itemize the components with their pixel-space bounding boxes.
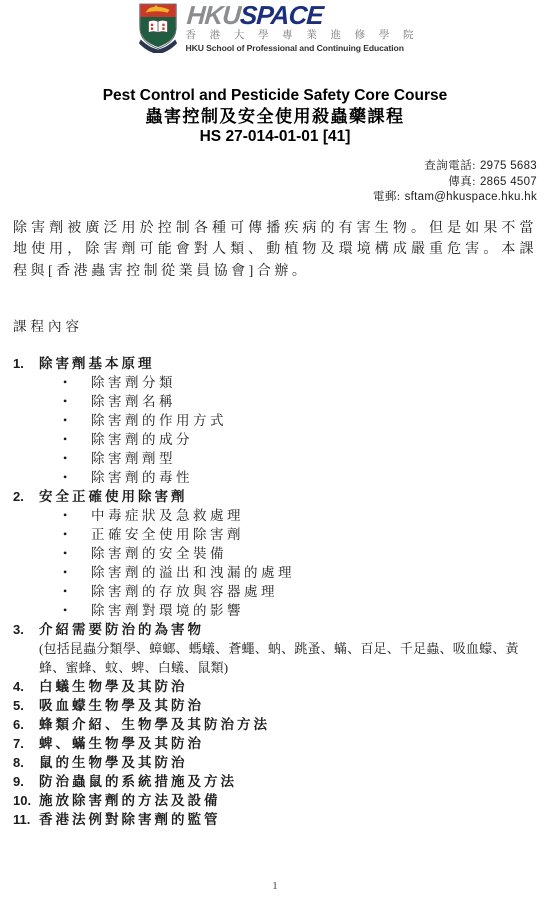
bullet-text: 除害劑的成分: [91, 430, 193, 449]
outline-number: 3.: [13, 620, 39, 639]
outline-item: 2.安全正確使用除害劑•中毒症狀及急救處理•正確安全使用除害劑•除害劑的安全裝備…: [13, 487, 537, 620]
outline-item-body: 白蟻生物學及其防治: [39, 677, 537, 696]
fax-label: 傳真:: [448, 176, 476, 188]
intro-paragraph: 除害劑被廣泛用於控制各種可傳播疾病的有害生物。但是如果不當地使用，除害劑可能會對…: [13, 218, 537, 283]
outline-item-title: 防治蟲鼠的系統措施及方法: [39, 772, 537, 791]
bullet-text: 除害劑劑型: [91, 449, 176, 468]
bullet-text: 除害劑的存放與容器處理: [91, 582, 278, 601]
outline-item-title: 蜱、蟎生物學及其防治: [39, 734, 537, 753]
outline-number: 10.: [13, 791, 39, 810]
bullet-text: 除害劑對環境的影響: [91, 601, 244, 620]
bullet-item: •除害劑的溢出和洩漏的處理: [39, 563, 537, 582]
logo-hku-text: HKU: [185, 0, 240, 30]
bullet-item: •正確安全使用除害劑: [39, 525, 537, 544]
logo-english-name: HKU School of Professional and Continuin…: [186, 43, 414, 53]
outline-item-title: 除害劑基本原理: [39, 354, 537, 373]
outline-item-body: 蜱、蟎生物學及其防治: [39, 734, 537, 753]
course-outline: 1.除害劑基本原理•除害劑分類•除害劑名稱•除害劑的作用方式•除害劑的成分•除害…: [13, 354, 537, 829]
bullet-text: 除害劑分類: [91, 373, 176, 392]
bullet-item: •除害劑的存放與容器處理: [39, 582, 537, 601]
outline-number: 8.: [13, 753, 39, 772]
logo-space-text: SPACE: [239, 0, 324, 30]
bullet-icon: •: [63, 373, 91, 392]
logo-wordmark: HKUSPACE: [186, 4, 416, 27]
bullet-text: 正確安全使用除害劑: [91, 525, 244, 544]
outline-item: 3.介紹需要防治的為害物(包括昆蟲分類學、蟑螂、螞蟻、蒼蠅、蚋、跳蚤、蟎、百足、…: [13, 620, 537, 677]
outline-item-title: 香港法例對除害劑的監管: [39, 810, 537, 829]
outline-number: 7.: [13, 734, 39, 753]
bullet-item: •除害劑的成分: [39, 430, 537, 449]
outline-item-body: 吸血蠓生物學及其防治: [39, 696, 537, 715]
outline-item-body: 防治蟲鼠的系統措施及方法: [39, 772, 537, 791]
bullet-text: 除害劑的溢出和洩漏的處理: [91, 563, 295, 582]
hku-crest-icon: [137, 3, 179, 53]
bullet-list: •除害劑分類•除害劑名稱•除害劑的作用方式•除害劑的成分•除害劑劑型•除害劑的毒…: [39, 373, 537, 487]
outline-item-title: 白蟻生物學及其防治: [39, 677, 537, 696]
outline-item-body: 施放除害劑的方法及設備: [39, 791, 537, 810]
course-code: HS 27-014-01-01 [41]: [0, 127, 550, 146]
outline-item-title: 安全正確使用除害劑: [39, 487, 537, 506]
bullet-icon: •: [63, 506, 91, 525]
outline-item: 11.香港法例對除害劑的監管: [13, 810, 537, 829]
outline-item: 9.防治蟲鼠的系統措施及方法: [13, 772, 537, 791]
document-page: HKUSPACE 香 港 大 學 專 業 進 修 學 院 HKU School …: [0, 0, 550, 901]
outline-number: 11.: [13, 810, 39, 829]
bullet-icon: •: [63, 525, 91, 544]
bullet-item: •中毒症狀及急救處理: [39, 506, 537, 525]
contact-email-line: 電郵: sftam@hkuspace.hku.hk: [0, 189, 537, 205]
bullet-icon: •: [63, 544, 91, 563]
outline-item-title: 吸血蠓生物學及其防治: [39, 696, 537, 715]
email-value: sftam@hkuspace.hku.hk: [405, 191, 537, 203]
course-title-english: Pest Control and Pesticide Safety Core C…: [0, 87, 550, 105]
contact-phone-line: 查詢電話: 2975 5683: [0, 158, 537, 174]
bullet-item: •除害劑名稱: [39, 392, 537, 411]
phone-label: 查詢電話:: [424, 160, 476, 172]
bullet-icon: •: [63, 563, 91, 582]
page-number: 1: [0, 880, 550, 892]
bullet-icon: •: [63, 468, 91, 487]
outline-item: 6.蜂類介紹、生物學及其防治方法: [13, 715, 537, 734]
outline-item-body: 香港法例對除害劑的監管: [39, 810, 537, 829]
bullet-list: •中毒症狀及急救處理•正確安全使用除害劑•除害劑的安全裝備•除害劑的溢出和洩漏的…: [39, 506, 537, 620]
bullet-icon: •: [63, 582, 91, 601]
bullet-item: •除害劑對環境的影響: [39, 601, 537, 620]
outline-item: 10.施放除害劑的方法及設備: [13, 791, 537, 810]
bullet-icon: •: [63, 449, 91, 468]
bullet-item: •除害劑的毒性: [39, 468, 537, 487]
course-title-chinese: 蟲害控制及安全使用殺蟲藥課程: [0, 106, 550, 127]
outline-item-title: 介紹需要防治的為害物: [39, 620, 537, 639]
outline-number: 5.: [13, 696, 39, 715]
outline-number: 2.: [13, 487, 39, 506]
bullet-icon: •: [63, 411, 91, 430]
outline-item: 7.蜱、蟎生物學及其防治: [13, 734, 537, 753]
phone-value: 2975 5683: [480, 160, 537, 172]
outline-number: 6.: [13, 715, 39, 734]
bullet-text: 除害劑的毒性: [91, 468, 193, 487]
bullet-text: 中毒症狀及急救處理: [91, 506, 244, 525]
outline-item-body: 介紹需要防治的為害物(包括昆蟲分類學、蟑螂、螞蟻、蒼蠅、蚋、跳蚤、蟎、百足、千足…: [39, 620, 537, 677]
logo-chinese-name: 香 港 大 學 專 業 進 修 學 院: [186, 30, 414, 41]
bullet-item: •除害劑分類: [39, 373, 537, 392]
bullet-text: 除害劑的安全裝備: [91, 544, 227, 563]
section-title: 課程內容: [13, 318, 537, 335]
outline-item-body: 安全正確使用除害劑•中毒症狀及急救處理•正確安全使用除害劑•除害劑的安全裝備•除…: [39, 487, 537, 620]
outline-item-body: 鼠的生物學及其防治: [39, 753, 537, 772]
bullet-item: •除害劑劑型: [39, 449, 537, 468]
outline-item-body: 蜂類介紹、生物學及其防治方法: [39, 715, 537, 734]
bullet-icon: •: [63, 601, 91, 620]
bullet-icon: •: [63, 430, 91, 449]
outline-item-note: (包括昆蟲分類學、蟑螂、螞蟻、蒼蠅、蚋、跳蚤、蟎、百足、千足蟲、吸血蠓、黃蜂、蜜…: [39, 639, 537, 677]
outline-number: 9.: [13, 772, 39, 791]
outline-item-title: 施放除害劑的方法及設備: [39, 791, 537, 810]
outline-item-title: 鼠的生物學及其防治: [39, 753, 537, 772]
outline-item: 4.白蟻生物學及其防治: [13, 677, 537, 696]
course-title-block: Pest Control and Pesticide Safety Core C…: [0, 87, 550, 146]
outline-item-title: 蜂類介紹、生物學及其防治方法: [39, 715, 537, 734]
fax-value: 2865 4507: [480, 176, 537, 188]
logo-text-block: HKUSPACE 香 港 大 學 專 業 進 修 學 院 HKU School …: [186, 3, 414, 53]
bullet-text: 除害劑名稱: [91, 392, 176, 411]
hkuspace-logo: HKUSPACE 香 港 大 學 專 業 進 修 學 院 HKU School …: [0, 0, 550, 53]
outline-item: 1.除害劑基本原理•除害劑分類•除害劑名稱•除害劑的作用方式•除害劑的成分•除害…: [13, 354, 537, 487]
email-label: 電郵:: [373, 191, 401, 203]
bullet-text: 除害劑的作用方式: [91, 411, 227, 430]
bullet-icon: •: [63, 392, 91, 411]
outline-number: 1.: [13, 354, 39, 373]
outline-item: 8.鼠的生物學及其防治: [13, 753, 537, 772]
outline-item: 5.吸血蠓生物學及其防治: [13, 696, 537, 715]
contact-block: 查詢電話: 2975 5683 傳真: 2865 4507 電郵: sftam@…: [0, 158, 537, 205]
outline-item-body: 除害劑基本原理•除害劑分類•除害劑名稱•除害劑的作用方式•除害劑的成分•除害劑劑…: [39, 354, 537, 487]
contact-fax-line: 傳真: 2865 4507: [0, 174, 537, 190]
bullet-item: •除害劑的作用方式: [39, 411, 537, 430]
outline-number: 4.: [13, 677, 39, 696]
bullet-item: •除害劑的安全裝備: [39, 544, 537, 563]
